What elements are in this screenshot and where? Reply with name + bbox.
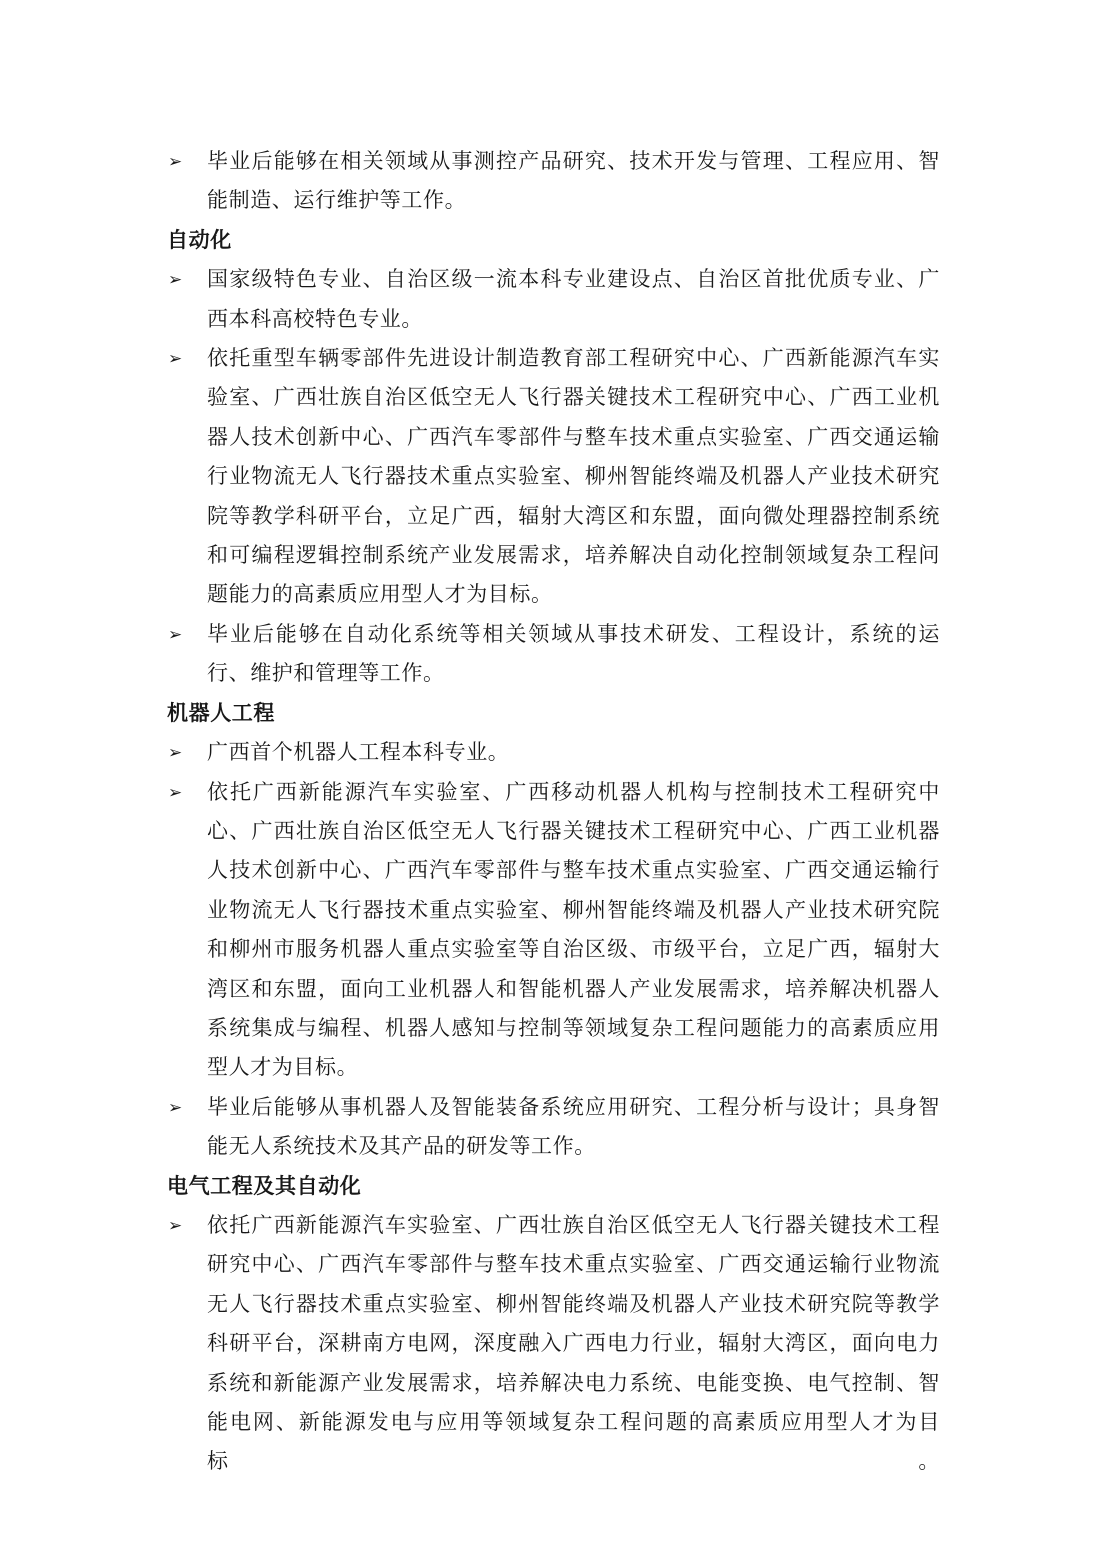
arrowhead-bullet-icon: ➢ [168,734,182,773]
bullet-text: 国家级特色专业、自治区级一流本科专业建设点、自治区首批优质专业、广西本科高校特色… [207,267,940,330]
section-heading-robot-engineering: 机器人工程 [167,694,940,733]
bullet-text: 依托广西新能源汽车实验室、广西壮族自治区低空无人飞行器关键技术工程研究中心、广西… [207,1213,940,1473]
arrowhead-bullet-icon: ➢ [168,774,182,813]
bullet-item-robot-first-major: ➢ 广西首个机器人工程本科专业。 [167,733,940,772]
bullet-text: 依托重型车辆零部件先进设计制造教育部工程研究中心、广西新能源汽车实验室、广西壮族… [207,346,940,606]
bullet-text: 毕业后能够在自动化系统等相关领域从事技术研发、工程设计，系统的运行、维护和管理等… [207,622,940,685]
arrowhead-bullet-icon: ➢ [168,1089,182,1128]
arrowhead-bullet-icon: ➢ [168,143,182,182]
document-page: { "colors": { "page_background": "#fffff… [0,0,1102,1559]
bullet-item-measurement-careers: ➢ 毕业后能够在相关领域从事测控产品研究、技术开发与管理、工程应用、智能制造、运… [167,142,940,221]
arrowhead-bullet-icon: ➢ [168,1207,182,1246]
page-background: ➢ 毕业后能够在相关领域从事测控产品研究、技术开发与管理、工程应用、智能制造、运… [0,0,1102,1559]
section-heading-electrical-engineering: 电气工程及其自动化 [167,1167,940,1206]
arrowhead-bullet-icon: ➢ [168,616,182,655]
arrowhead-bullet-icon: ➢ [168,261,182,300]
page-content: ➢ 毕业后能够在相关领域从事测控产品研究、技术开发与管理、工程应用、智能制造、运… [167,142,940,1482]
section-heading-automation: 自动化 [167,221,940,260]
bullet-item-electrical-platforms: ➢ 依托广西新能源汽车实验室、广西壮族自治区低空无人飞行器关键技术工程研究中心、… [167,1206,940,1482]
bullet-text: 毕业后能够在相关领域从事测控产品研究、技术开发与管理、工程应用、智能制造、运行维… [207,149,940,212]
bullet-item-automation-careers: ➢ 毕业后能够在自动化系统等相关领域从事技术研发、工程设计，系统的运行、维护和管… [167,615,940,694]
bullet-text: 依托广西新能源汽车实验室、广西移动机器人机构与控制技术工程研究中心、广西壮族自治… [207,780,940,1080]
bullet-item-robot-platforms: ➢ 依托广西新能源汽车实验室、广西移动机器人机构与控制技术工程研究中心、广西壮族… [167,773,940,1088]
bullet-item-automation-distinctions: ➢ 国家级特色专业、自治区级一流本科专业建设点、自治区首批优质专业、广西本科高校… [167,260,940,339]
bullet-text: 广西首个机器人工程本科专业。 [207,740,509,764]
bullet-text: 毕业后能够从事机器人及智能装备系统应用研究、工程分析与设计；具身智能无人系统技术… [207,1095,940,1158]
bullet-item-automation-platforms: ➢ 依托重型车辆零部件先进设计制造教育部工程研究中心、广西新能源汽车实验室、广西… [167,339,940,615]
arrowhead-bullet-icon: ➢ [168,340,182,379]
bullet-item-robot-careers: ➢ 毕业后能够从事机器人及智能装备系统应用研究、工程分析与设计；具身智能无人系统… [167,1088,940,1167]
